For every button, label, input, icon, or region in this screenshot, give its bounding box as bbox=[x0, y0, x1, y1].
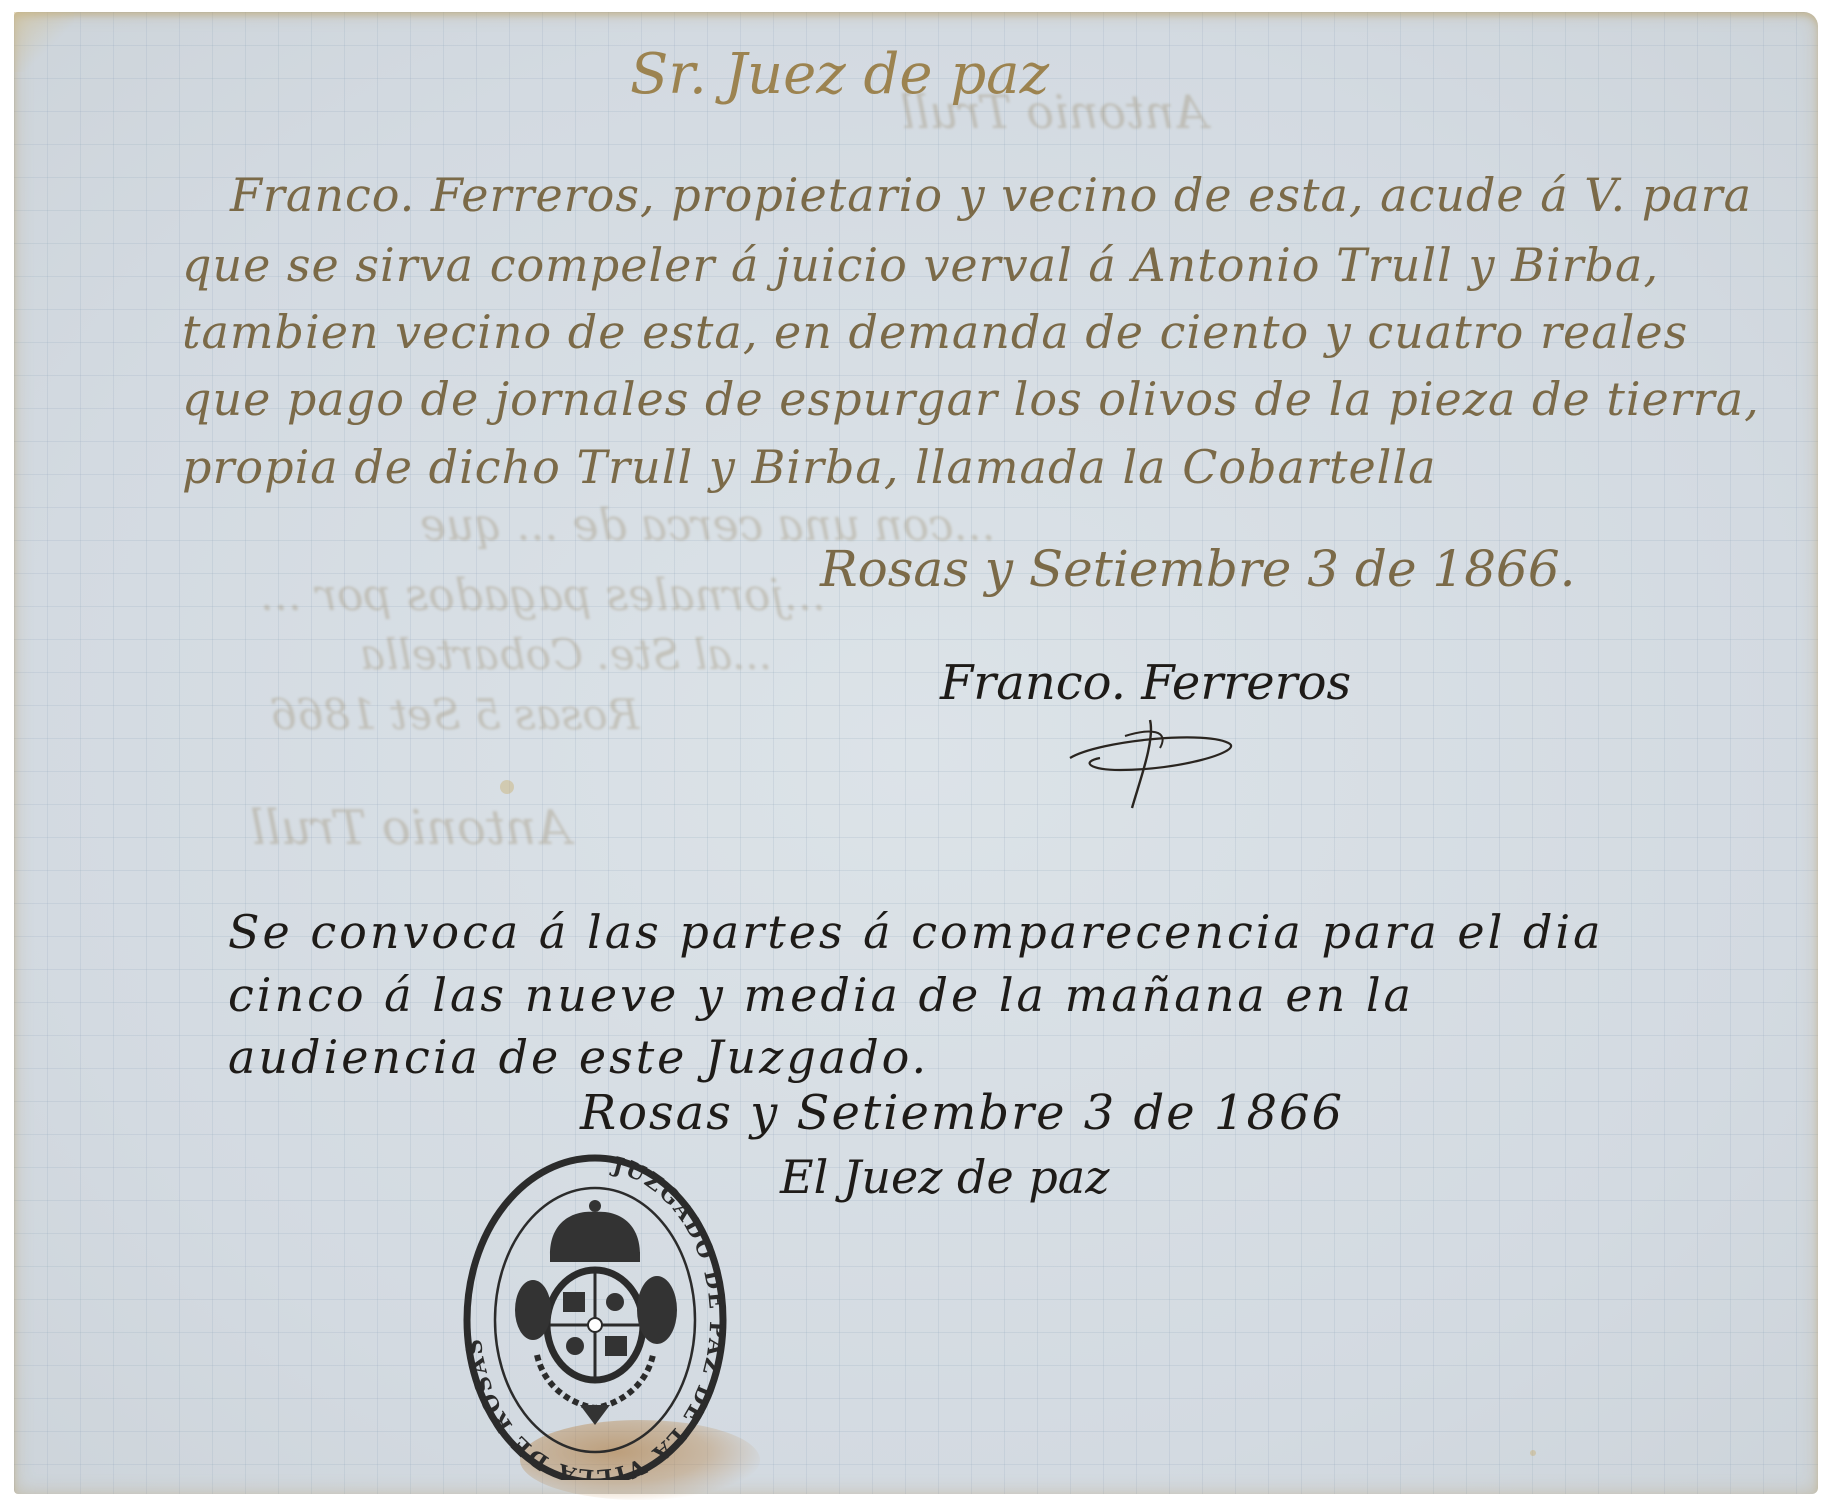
signature-rubric-icon bbox=[1060, 700, 1250, 810]
paper-corner-fold bbox=[14, 12, 74, 72]
bleed-through-line: ...al Ste. Cobartella bbox=[360, 630, 772, 679]
petition-line: propia de dicho Trull y Birba, llamada l… bbox=[182, 440, 1437, 494]
petition-line: tambien vecino de esta, en demanda de ci… bbox=[182, 305, 1688, 359]
bleed-through-line: ...jornales pagados por ... bbox=[260, 570, 826, 621]
petition-line: que se sirva compeler á juicio verval á … bbox=[182, 238, 1659, 292]
court-seal-stamp-icon: JUZGADO DE PAZ DE LA VILLA DE ROSAS bbox=[455, 1140, 735, 1480]
decree-place-date: Rosas y Setiembre 3 de 1866 bbox=[580, 1085, 1344, 1141]
decree-line: audiencia de este Juzgado. bbox=[228, 1030, 929, 1084]
bleed-through-line: Rosas 5 Set 1866 bbox=[270, 690, 639, 739]
decree-line: Se convoca á las partes á comparecencia … bbox=[228, 905, 1604, 959]
paper-spot bbox=[500, 780, 514, 794]
document-heading: Sr. Juez de paz bbox=[630, 42, 1049, 107]
petition-line: que pago de jornales de espurgar los oli… bbox=[182, 372, 1760, 426]
decree-line: cinco á las nueve y media de la mañana e… bbox=[228, 968, 1414, 1022]
paper-spot bbox=[1530, 1450, 1536, 1456]
bleed-through-line: Antonio Trull bbox=[250, 800, 571, 856]
judge-signature: El Juez de paz bbox=[780, 1150, 1109, 1204]
petition-line: Franco. Ferreros, propietario y vecino d… bbox=[230, 168, 1752, 222]
document-paper bbox=[14, 12, 1818, 1494]
petition-place-date: Rosas y Setiembre 3 de 1866. bbox=[820, 540, 1576, 598]
